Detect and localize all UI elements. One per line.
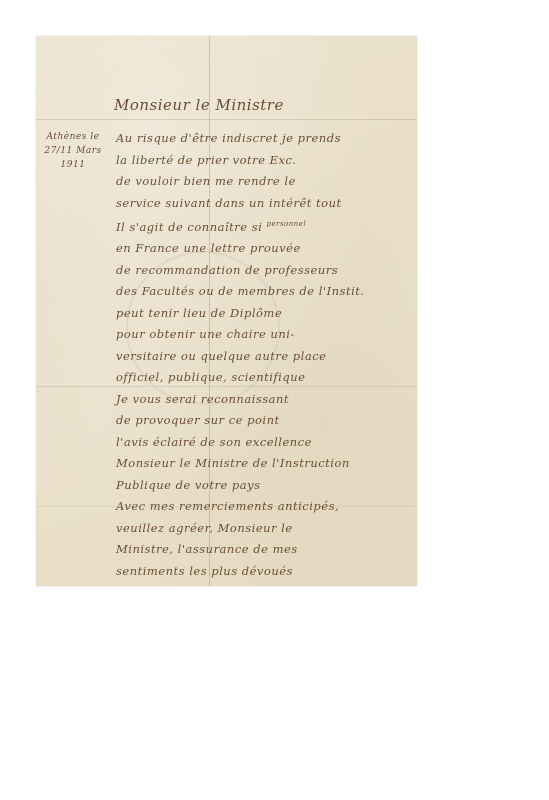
margin-note: personnel bbox=[266, 220, 306, 228]
letter-line: service suivant dans un intérêt tout bbox=[116, 193, 365, 215]
letter-line: l'avis éclairé de son excellence bbox=[116, 432, 365, 454]
letter-line: de recommandation de professeurs bbox=[116, 260, 365, 282]
letter-line: la liberté de prier votre Exc. bbox=[116, 150, 365, 172]
date-year: 1911 bbox=[38, 158, 108, 172]
letter-line: sentiments les plus dévoués bbox=[116, 561, 365, 583]
letter-line: peut tenir lieu de Diplôme bbox=[116, 303, 365, 325]
letter-line: veuillez agréer, Monsieur le bbox=[116, 518, 365, 540]
letter-line: des Facultés ou de membres de l'Instit. bbox=[116, 281, 365, 303]
letter-line-text: service suivant dans un intérêt tout bbox=[116, 196, 342, 210]
date-day-month: 27/11 Mars bbox=[38, 144, 108, 158]
letter-line: officiel, publique, scientifique bbox=[116, 367, 365, 389]
letter-line: pour obtenir une chaire uni- bbox=[116, 324, 365, 346]
letter-line: Au risque d'être indiscret je prends bbox=[116, 128, 365, 150]
letter-line: Publique de votre pays bbox=[116, 475, 365, 497]
letter-line: de provoquer sur ce point bbox=[116, 410, 365, 432]
date-place: Athènes le bbox=[38, 130, 108, 144]
letter-paper: Monsieur le Ministre Athènes le 27/11 Ma… bbox=[36, 36, 417, 586]
letter-line: Je vous serai reconnaissant bbox=[116, 389, 365, 411]
letter-line: Avec mes remerciements anticipés, bbox=[116, 496, 365, 518]
date-block: Athènes le 27/11 Mars 1911 bbox=[38, 130, 108, 172]
letter-line: Ministre, l'assurance de mes bbox=[116, 539, 365, 561]
letter-line: en France une lettre prouvée bbox=[116, 238, 365, 260]
letter-line: Il s'agit de connaître si personnel bbox=[116, 214, 365, 238]
letter-line-text: Il s'agit de connaître si bbox=[116, 220, 262, 234]
letter-body: Au risque d'être indiscret je prends la … bbox=[116, 128, 365, 582]
letter-line: de vouloir bien me rendre le bbox=[116, 171, 365, 193]
letter-line: versitaire ou quelque autre place bbox=[116, 346, 365, 368]
salutation: Monsieur le Ministre bbox=[114, 96, 284, 114]
fold-crease-horizontal bbox=[36, 119, 417, 120]
letter-line: Monsieur le Ministre de l'Instruction bbox=[116, 453, 365, 475]
